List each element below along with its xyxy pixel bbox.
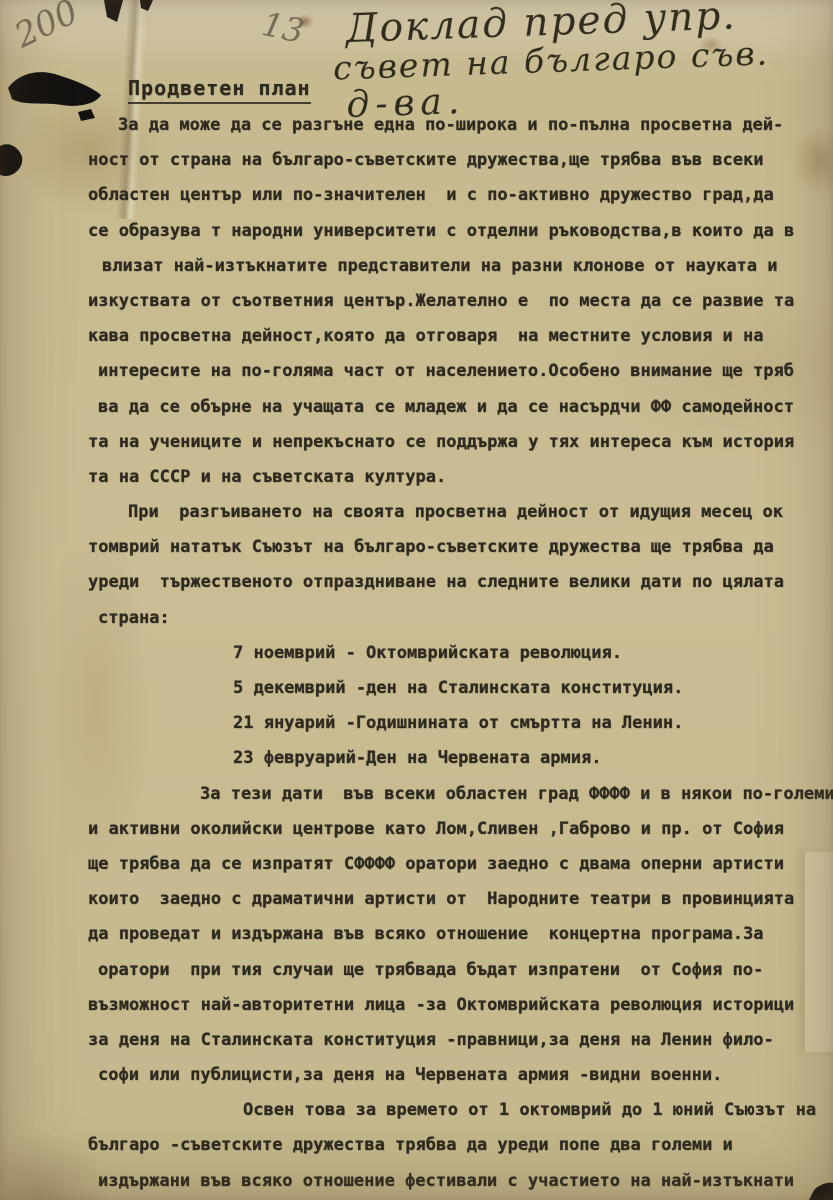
document-body: За да може да се разгъне една по-широка … [88,108,833,1199]
body-line: и активни околийски центрове като Лом,Сл… [88,812,833,847]
body-line: изкуствата от съответния център.Желателн… [88,284,833,319]
document-title: Продветен план [128,76,311,104]
paragraph-2: При разгъиването на своята просветна дей… [88,495,833,636]
body-line: та на учениците и непрекъснато се поддър… [88,425,833,460]
handwritten-note: Доклад пред упр. съвет на българо съв. д… [331,0,825,125]
body-line: се образува т народни университети с отд… [88,214,833,249]
body-line: възможност най-авторитетни лица -за Окто… [88,988,833,1023]
body-line: българо -съветските дружества трябва да … [88,1128,833,1163]
date-list-item: 5 декемврий -ден на Сталинската конститу… [233,671,833,706]
scanned-document-page: 200 13 Доклад пред упр. съвет на българо… [0,0,833,1200]
dates-list: 7 ноемврий - Октомврийската революция. 5… [88,636,833,777]
body-line: издържани във всяко отношение фестивали … [98,1164,833,1199]
body-line: За тези дати във всеки областен град ФФФ… [200,777,833,812]
body-line: За да може да се разгъне една по-широка … [118,108,833,143]
body-line: за деня на Сталинската конституция -прав… [88,1023,833,1058]
pencil-mark-200: 200 [9,0,85,56]
body-line: ност от страна на българо-съветските дру… [88,143,833,178]
ink-blot-left-edge [0,144,22,176]
body-line: оратори при тия случаи ще трябвада бъдат… [98,953,833,988]
pencil-page-number: 13 [258,4,307,51]
body-line: ще трябва да се изпратят СФФФФ оратори з… [88,847,833,882]
ink-blot-top-streak [104,0,123,22]
date-list-item: 21 януарий -Годишнината от смъртта на Ле… [233,706,833,741]
body-line: софи или публицисти,за деня на Червената… [98,1058,833,1093]
body-line: та на СССР и на съветската култура. [88,460,833,495]
body-line: които заедно с драматични артисти от Нар… [88,882,833,917]
body-line: При разгъиването на своята просветна дей… [128,495,833,530]
date-list-item: 7 ноемврий - Октомврийската революция. [233,636,833,671]
body-line: влизат най-изтъкнатите представители на … [102,249,833,284]
body-line: ва да се обърне на учащата се младеж и д… [98,390,833,425]
paragraph-1: За да може да се разгъне една по-широка … [88,108,833,495]
body-line: кава просветна дейност,която да отговаря… [88,319,833,354]
ink-blot-top-streak-small [140,0,153,11]
body-line: областен център или по-значителен и с по… [88,178,833,213]
body-line: интересите на по-голяма част от населени… [98,354,833,389]
body-line: да проведат и издържана във всяко отноше… [88,917,833,952]
body-line: томврий нататък Съюзът на българо-съветс… [88,530,833,565]
date-list-item: 23 февруарий-Ден на Червената армия. [233,741,833,776]
body-line: уреди тържественото отпраздниване на сле… [88,565,833,600]
body-line: Освен това за времето от 1 октомврий до … [243,1093,833,1128]
paragraph-3: За тези дати във всеки областен град ФФФ… [88,777,833,1094]
paragraph-4: Освен това за времето от 1 октомврий до … [88,1093,833,1199]
body-line: страна: [98,601,833,636]
ink-blot-left-large [8,72,101,106]
